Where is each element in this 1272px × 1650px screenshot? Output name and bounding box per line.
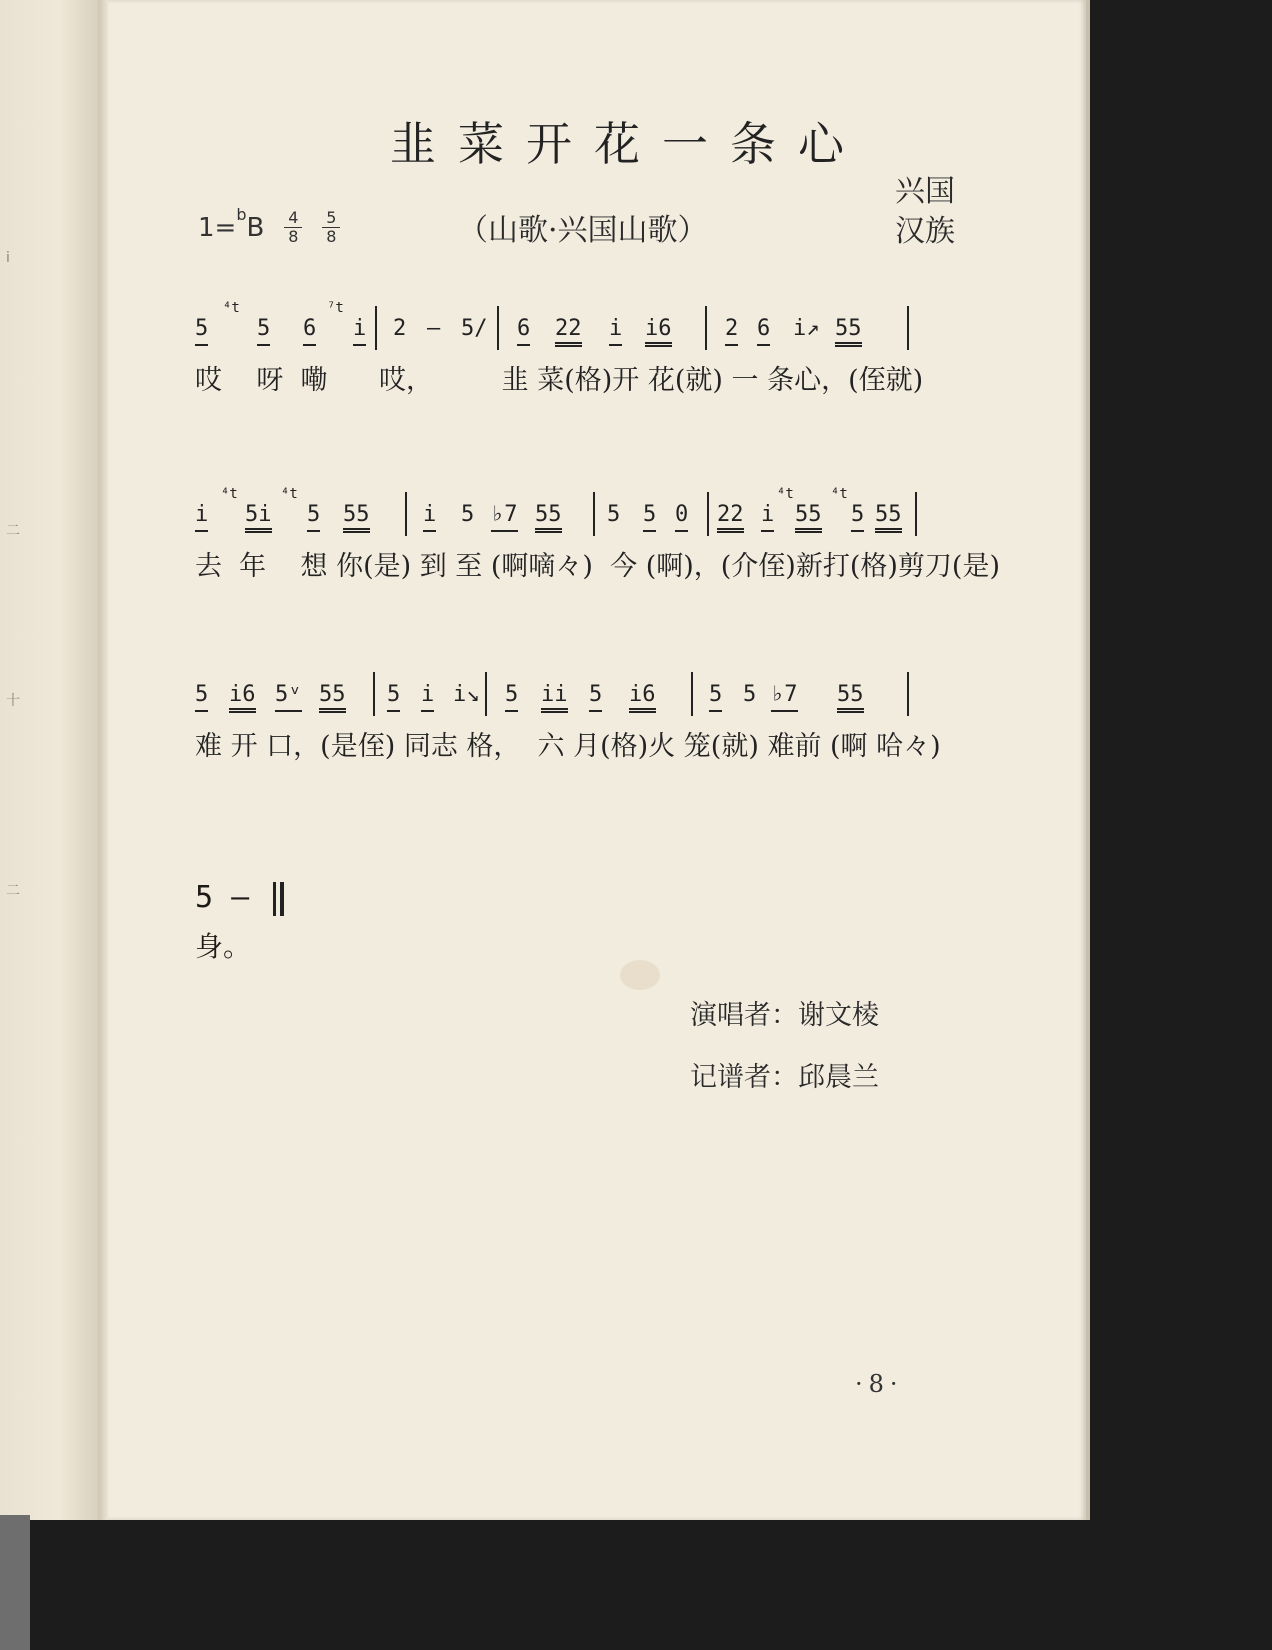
credits: 演唱者：谢文棱 记谱者：邱晨兰 — [690, 985, 879, 1109]
lyric-line: 难 开 口，(是侄) 同志 格， 六 月(格)火 笼(就) 难前 (啊 哈々) — [195, 724, 965, 764]
score-row: 5 ⁴t 5 6 ⁷t i 2 — 5/ 6 22 i i6 2 6 i↗ 55… — [195, 298, 965, 398]
lyric-line: 去 年 想 你(是) 到 至 (啊嘀々) 今 (啊)，(介侄)新打(格)剪刀(是… — [195, 544, 965, 584]
notation-line: 5 ⁴t 5 6 ⁷t i 2 — 5/ 6 22 i i6 2 6 i↗ 55 — [195, 298, 965, 354]
barline — [691, 672, 693, 716]
origin-place: 兴国 — [895, 172, 955, 212]
barline — [485, 672, 487, 716]
barline — [707, 492, 709, 536]
facing-page: i 二 十 二 — [0, 0, 98, 1650]
barline — [907, 306, 909, 350]
background — [0, 1520, 1100, 1650]
barline — [593, 492, 595, 536]
notation-line: 5 i6 5ᵛ 55 5 i i↘ 5 ii 5 i6 5 5 ♭7 55 — [195, 664, 965, 720]
song-title: 韭菜开花一条心 — [390, 108, 866, 174]
facing-page-fragment: 二 — [6, 880, 20, 900]
transcriber-credit: 记谱者：邱晨兰 — [690, 1047, 879, 1109]
barline — [375, 306, 377, 350]
page-number: ·8· — [855, 1370, 904, 1398]
song-genre: （山歌·兴国山歌） — [458, 205, 708, 249]
score-row: i ⁴t 5i ⁴t 5 55 i 5 ♭7 55 5 5 0 22 i ⁴t … — [195, 484, 965, 584]
lyric-line: 哎 呀 嘞 哎， 韭 菜(格)开 花(就) 一 条心，(侄就) — [195, 358, 965, 398]
notation-line: i ⁴t 5i ⁴t 5 55 i 5 ♭7 55 5 5 0 22 i ⁴t … — [195, 484, 965, 540]
final-barline — [273, 882, 284, 916]
facing-page-fragment: i — [6, 250, 10, 266]
barline — [373, 672, 375, 716]
performer-credit: 演唱者：谢文棱 — [690, 985, 879, 1047]
barline — [705, 306, 707, 350]
key-signature: 1=bB — [198, 213, 264, 243]
score-row: 5 i6 5ᵛ 55 5 i i↘ 5 ii 5 i6 5 5 ♭7 55 难 … — [195, 664, 965, 764]
facing-page-fragment: 十 — [6, 690, 20, 710]
barline — [907, 672, 909, 716]
barline — [405, 492, 407, 536]
final-measure: 5 — — [195, 880, 284, 916]
background-strip — [0, 1515, 30, 1650]
time-signature: 48 — [284, 210, 302, 245]
final-lyric: 身。 — [195, 925, 251, 965]
page-edge — [1086, 0, 1090, 1520]
barline — [915, 492, 917, 536]
paper-stain — [620, 960, 660, 990]
barline — [497, 306, 499, 350]
key-and-meter: 1=bB 48 58 — [198, 210, 340, 245]
song-origin: 兴国 汉族 — [895, 172, 955, 252]
origin-ethnicity: 汉族 — [895, 212, 955, 252]
time-signature: 58 — [322, 210, 340, 245]
facing-page-fragment: 二 — [6, 520, 20, 540]
